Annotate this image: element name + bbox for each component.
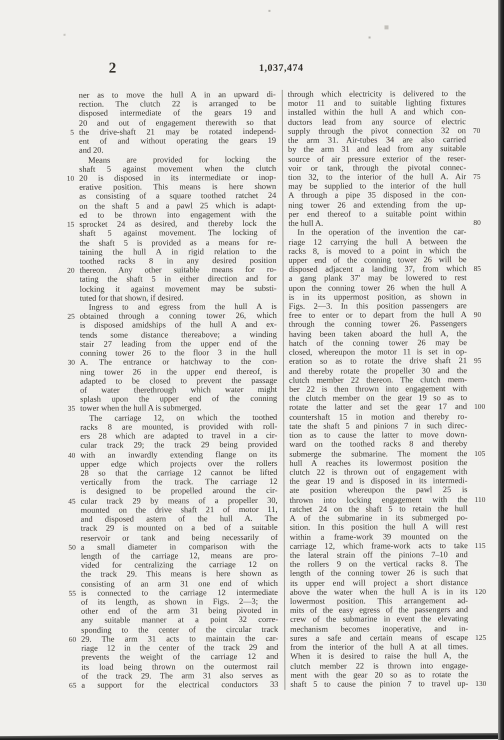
- line-number: [63, 533, 81, 542]
- column-divider-line: [281, 90, 285, 690]
- line-number: [468, 624, 486, 633]
- line-number: 115: [468, 541, 486, 550]
- right-column: through which electricity is delivered t…: [288, 89, 487, 690]
- line-number: [466, 154, 484, 163]
- line-number: [468, 578, 486, 587]
- line-number: 55: [63, 589, 81, 598]
- line-number: [61, 100, 79, 109]
- line-text: shaft 5 to cause the pinion 7 to travel …: [290, 679, 468, 689]
- text-columns: ner as to move the hull A in an upward d…: [61, 89, 487, 691]
- line-number: [61, 192, 79, 201]
- line-number: [468, 651, 486, 660]
- line-number: [62, 386, 80, 395]
- line-number: [467, 430, 485, 439]
- line-number: [466, 227, 484, 236]
- patent-number: 1,037,474: [199, 63, 364, 75]
- line-number: [466, 236, 484, 245]
- line-number: [61, 183, 79, 192]
- line-number: [61, 91, 79, 100]
- line-number: 25: [62, 312, 80, 321]
- line-number: [62, 459, 80, 468]
- line-number: [63, 561, 81, 570]
- patent-page: 2 1,037,474 ner as to move the hull A in…: [0, 0, 504, 740]
- line-number: [468, 531, 486, 540]
- line-number: [62, 257, 80, 266]
- line-number: [63, 644, 81, 653]
- line-number: 130: [468, 679, 486, 688]
- line-number: [467, 412, 485, 421]
- line-number: [62, 367, 80, 376]
- line-number: [466, 163, 484, 172]
- line-number: [468, 605, 486, 614]
- line-number: [468, 559, 486, 568]
- line-number: [466, 209, 484, 218]
- line-number: [466, 117, 484, 126]
- line-number: [467, 384, 485, 393]
- line-number: 15: [61, 220, 79, 229]
- line-number: [468, 550, 486, 559]
- line-number: [63, 616, 81, 625]
- line-number: [466, 144, 484, 153]
- line-number: [468, 513, 486, 522]
- line-number: 50: [63, 542, 81, 551]
- line-number: [466, 135, 484, 144]
- line-number: [467, 393, 485, 402]
- line-number: 95: [467, 356, 485, 365]
- line-number: [467, 329, 485, 338]
- line-number: 80: [466, 218, 484, 227]
- line-number: [63, 579, 81, 588]
- line-number: [466, 200, 484, 209]
- line-number: [62, 330, 80, 339]
- line-number: [61, 118, 79, 127]
- line-number: 90: [467, 310, 485, 319]
- line-number: [467, 338, 485, 347]
- line-number: 125: [468, 633, 486, 642]
- line-number: [62, 441, 80, 450]
- page-header: 2 1,037,474: [0, 57, 503, 81]
- line-number: [62, 432, 80, 441]
- scan-speck-marks: [268, 10, 270, 12]
- page-number: 2: [109, 61, 118, 78]
- line-number: 30: [62, 358, 80, 367]
- line-number: [61, 201, 79, 210]
- line-number: [467, 366, 485, 375]
- line-number: [62, 349, 80, 358]
- line-number: [467, 301, 485, 310]
- line-number: [467, 255, 485, 264]
- line-number: [61, 238, 79, 247]
- line-number: [62, 340, 80, 349]
- line-number: 65: [63, 681, 81, 690]
- line-number: [63, 653, 81, 662]
- line-number: 75: [466, 172, 484, 181]
- line-number: [466, 107, 484, 116]
- line-number: [466, 98, 484, 107]
- line-number: [61, 229, 79, 238]
- line-number: [61, 109, 79, 118]
- line-number: [62, 478, 80, 487]
- line-number: [467, 476, 485, 485]
- line-number: 20: [62, 266, 80, 275]
- line-number: [61, 211, 79, 220]
- line-number: 45: [63, 496, 81, 505]
- left-column: ner as to move the hull A in an upward d…: [61, 90, 279, 691]
- line-number: [466, 89, 484, 98]
- line-number: [62, 423, 80, 432]
- line-text: a support for the electrical conductors …: [81, 680, 278, 690]
- line-number: [468, 670, 486, 679]
- line-number: [467, 347, 485, 356]
- line-number: 60: [63, 635, 81, 644]
- scan-edge-right: [498, 0, 504, 740]
- line-number: [62, 303, 80, 312]
- line-number: [466, 181, 484, 190]
- line-number: [468, 504, 486, 513]
- line-number: [61, 247, 79, 256]
- line-number: 70: [466, 126, 484, 135]
- line-number: 35: [62, 404, 80, 413]
- line-number: [62, 294, 80, 303]
- line-number: [467, 439, 485, 448]
- line-number: 100: [467, 402, 485, 411]
- text-line: 65a support for the electrical conductor…: [63, 680, 278, 690]
- line-number: [63, 598, 81, 607]
- line-number: [63, 552, 81, 561]
- line-number: [468, 568, 486, 577]
- line-number: [62, 377, 80, 386]
- line-number: [62, 413, 80, 422]
- line-number: [63, 672, 81, 681]
- line-number: [468, 485, 486, 494]
- line-number: [63, 607, 81, 616]
- line-number: [63, 662, 81, 671]
- line-number: [63, 487, 81, 496]
- line-number: [466, 190, 484, 199]
- line-number: [468, 522, 486, 531]
- line-number: 120: [468, 587, 486, 596]
- line-number: [467, 319, 485, 328]
- line-number: 110: [468, 495, 486, 504]
- line-number: [63, 625, 81, 634]
- line-number: [467, 458, 485, 467]
- line-number: [467, 292, 485, 301]
- line-number: [468, 596, 486, 605]
- line-number: [468, 642, 486, 651]
- line-number: [61, 155, 79, 164]
- line-number: [466, 246, 484, 255]
- line-number: [468, 661, 486, 670]
- line-number: [63, 515, 81, 524]
- text-line: shaft 5 to cause the pinion 7 to travel …: [290, 679, 486, 689]
- line-number: [467, 421, 485, 430]
- line-number: [62, 395, 80, 404]
- line-number: [61, 137, 79, 146]
- line-number: 5: [61, 128, 79, 137]
- line-number: 40: [62, 450, 80, 459]
- line-number: [467, 375, 485, 384]
- line-number: [61, 146, 79, 155]
- line-number: [62, 469, 80, 478]
- line-number: [63, 524, 81, 533]
- line-number: [63, 570, 81, 579]
- line-number: 85: [467, 264, 485, 273]
- line-number: 10: [61, 174, 79, 183]
- line-number: [63, 506, 81, 515]
- line-number: [61, 165, 79, 174]
- line-number: [467, 273, 485, 282]
- line-number: [62, 284, 80, 293]
- line-number: [62, 321, 80, 330]
- line-number: [467, 467, 485, 476]
- line-number: [62, 275, 80, 284]
- line-number: 105: [467, 449, 485, 458]
- line-number: [468, 614, 486, 623]
- line-number: [467, 283, 485, 292]
